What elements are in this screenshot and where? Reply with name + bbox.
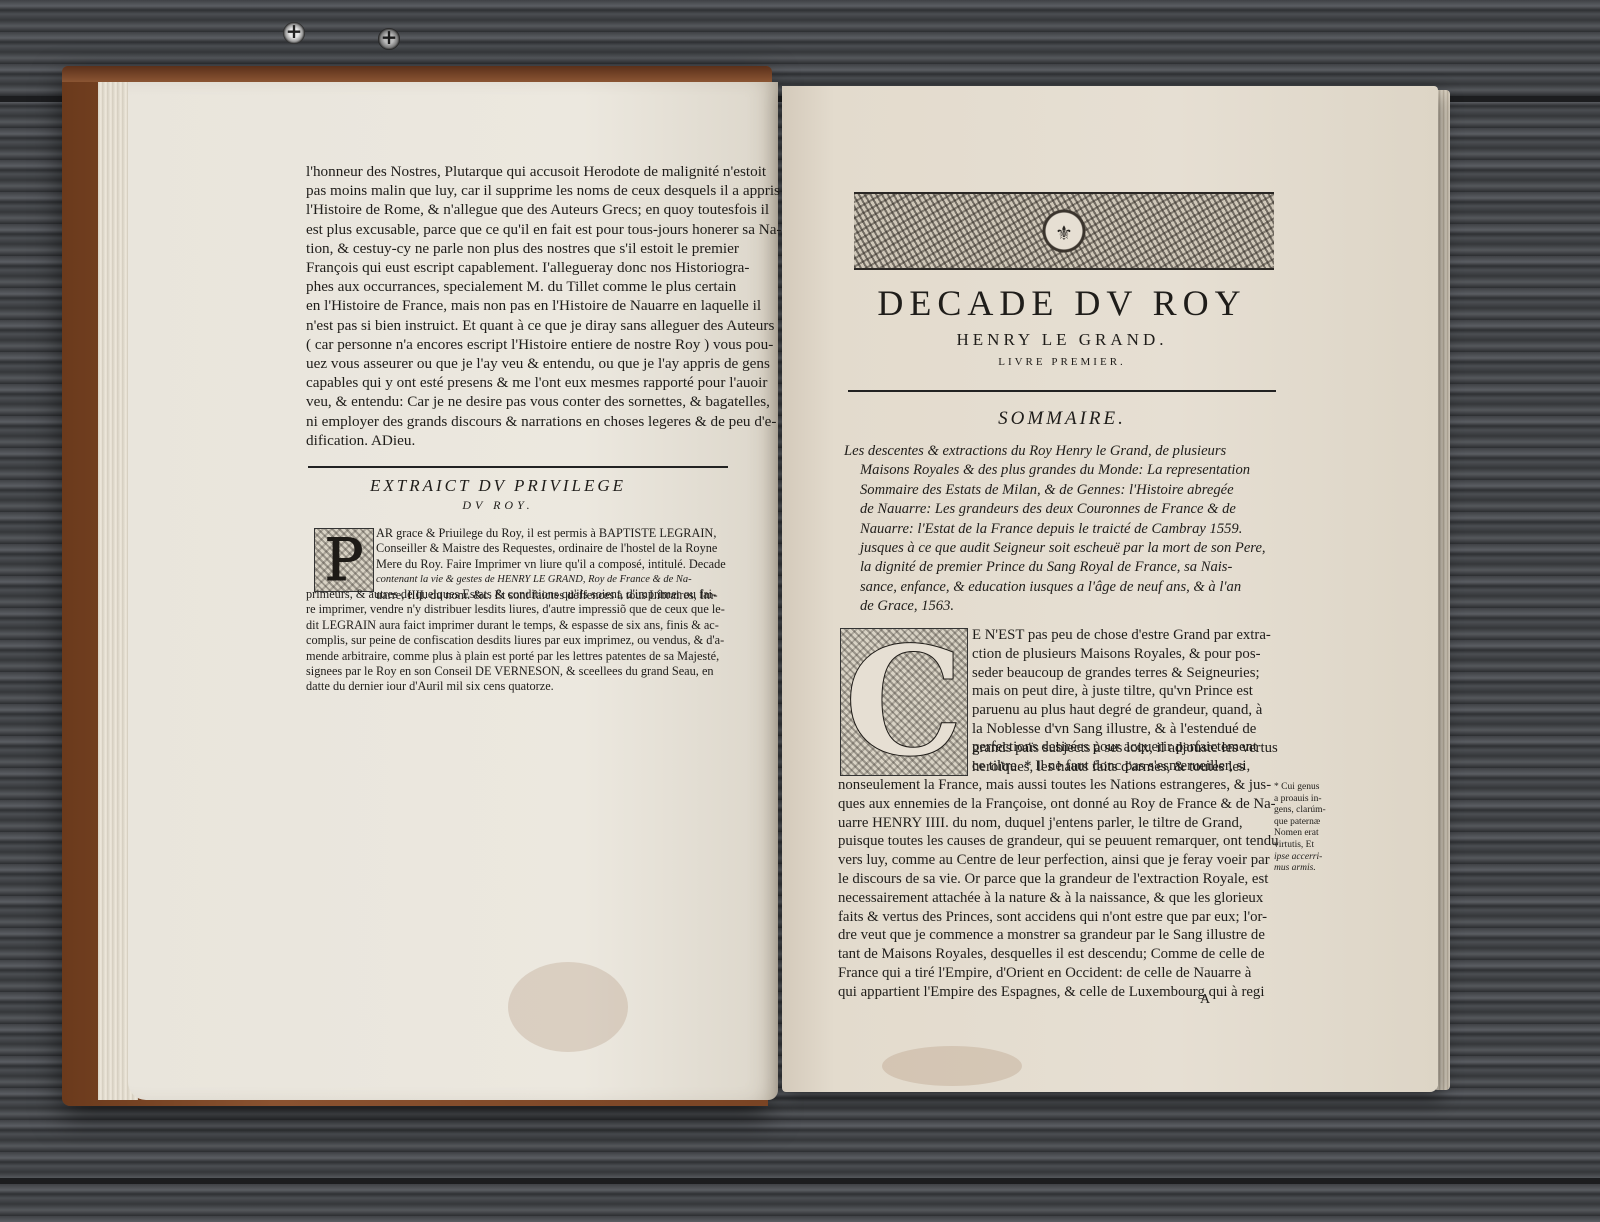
- text-line: France qui a tiré l'Empire, d'Orient en …: [838, 964, 1270, 983]
- text-line: contenant la vie & gestes de HENRY LE GR…: [376, 572, 756, 587]
- text-line: Mere du Roy. Faire Imprimer vn liure qu'…: [376, 557, 756, 572]
- text-line: AR grace & Priuilege du Roy, il est perm…: [376, 526, 756, 541]
- text-line: Nomen erat: [1274, 828, 1342, 840]
- text-line: pas moins malin que luy, car il supprime…: [306, 181, 746, 200]
- text-line: gens, clarúm-: [1274, 805, 1342, 817]
- text-line: primeurs, & autres de quelques Estats & …: [306, 587, 746, 602]
- text-line: est plus excusable, parce que ce qu'il e…: [306, 220, 746, 239]
- text-line: Maisons Royales & des plus grandes du Mo…: [844, 461, 1274, 480]
- privilege-subtitle: DV ROY.: [278, 498, 718, 513]
- text-line: que paternæ: [1274, 817, 1342, 829]
- section-rule: [308, 466, 728, 468]
- text-line: perfections desirées pour acquerir parfa…: [972, 738, 1272, 757]
- drop-cap-c-icon: C: [840, 628, 968, 776]
- text-line: le discours de sa vie. Or parce que la g…: [838, 870, 1270, 889]
- deck-screw-icon: [283, 22, 305, 44]
- text-line: uez vous asseurer ou que je l'ay veu & e…: [306, 354, 746, 373]
- sommaire-text: Les descentes & extractions du Roy Henry…: [844, 442, 1274, 617]
- text-line: l'honneur des Nostres, Plutarque qui acc…: [306, 162, 746, 181]
- text-line: dit LEGRAIN aura faict imprimer durant l…: [306, 618, 746, 633]
- text-line: jusques à ce que audit Seigneur soit esc…: [844, 539, 1274, 558]
- sommaire-title: SOMMAIRE.: [842, 408, 1282, 430]
- text-line: E N'EST pas peu de chose d'estre Grand p…: [972, 626, 1272, 645]
- text-line: Sommaire des Estats de Milan, & de Genne…: [844, 481, 1274, 500]
- text-line: signees par le Roy en son Conseil DE VER…: [306, 664, 746, 679]
- text-line: Conseiller & Maistre des Requestes, ordi…: [376, 541, 756, 556]
- text-line: la Noblesse d'vn Sang illustre, & à l'es…: [972, 720, 1272, 739]
- book-subtitle: HENRY LE GRAND.: [842, 330, 1282, 350]
- title-rule: [848, 390, 1276, 392]
- woodcut-headpiece: ⚜: [854, 192, 1274, 270]
- text-line: puisque toutes les causes de grandeur, q…: [838, 832, 1270, 851]
- text-line: la dignité de premier Prince du Sang Roy…: [844, 558, 1274, 577]
- text-line: ce tiltre. * Il ne faut donc pas s'esmer…: [972, 757, 1272, 776]
- drop-cap-p-icon: P: [314, 528, 374, 592]
- text-line: nonseulement la France, mais aussi toute…: [838, 776, 1270, 795]
- text-line: ques aux ennemies de la Françoise, ont d…: [838, 795, 1270, 814]
- book-title: DECADE DV ROY: [842, 282, 1282, 324]
- text-line: l'Histoire de Rome, & n'allegue que des …: [306, 200, 746, 219]
- text-line: mais on peut dire, à juste tiltre, qu'vn…: [972, 682, 1272, 701]
- fleur-de-lis-crest-icon: ⚜: [1046, 215, 1082, 251]
- right-page: ⚜ DECADE DV ROY HENRY LE GRAND. LIVRE PR…: [782, 86, 1438, 1092]
- text-line: capables qui y ont esté presens & me l'o…: [306, 373, 746, 392]
- text-line: Nauarre: l'Estat de la France depuis le …: [844, 520, 1274, 539]
- text-line: paruenu au plus haut degré de grandeur, …: [972, 701, 1272, 720]
- privilege-text-body: primeurs, & autres de quelques Estats & …: [306, 587, 746, 695]
- text-line: datte du dernier iour d'Auril mil six ce…: [306, 679, 746, 694]
- text-line: a proauis in-: [1274, 794, 1342, 806]
- text-line: Les descentes & extractions du Roy Henry…: [844, 442, 1274, 461]
- signature-mark: A: [1200, 992, 1210, 1008]
- text-line: complis, sur peine de confiscation desdi…: [306, 633, 746, 648]
- text-line: ipse accerri-: [1274, 852, 1342, 864]
- preface-text: l'honneur des Nostres, Plutarque qui acc…: [306, 162, 746, 450]
- paper-stain: [882, 1046, 1022, 1086]
- text-line: re imprimer, vendre n'y distribuer lesdi…: [306, 602, 746, 617]
- chapter-text-main: nonseulement la France, mais aussi toute…: [838, 776, 1270, 1002]
- text-line: tion, & cestuy-cy ne parle non plus des …: [306, 239, 746, 258]
- text-line: François qui eust escript capablement. I…: [306, 258, 746, 277]
- text-line: uarre HENRY IIII. du nom, duquel j'enten…: [838, 814, 1270, 833]
- text-line: vers luy, comme au Centre de leur perfec…: [838, 851, 1270, 870]
- text-line: seder beaucoup de grandes terres & Seign…: [972, 664, 1272, 683]
- paper-stain: [508, 962, 628, 1052]
- text-line: ction de plusieurs Maisons Royales, & po…: [972, 645, 1272, 664]
- left-page: l'honneur des Nostres, Plutarque qui acc…: [128, 82, 778, 1100]
- text-line: de Nauarre: Les grandeurs des deux Couro…: [844, 500, 1274, 519]
- privilege-title: EXTRAICT DV PRIVILEGE: [278, 476, 718, 496]
- text-line: tant de Maisons Royales, desquelles il e…: [838, 945, 1270, 964]
- deck-gap-2: [0, 1178, 1600, 1184]
- text-line: en l'Histoire de France, mais non pas en…: [306, 296, 746, 315]
- text-line: veu, & entendu: Car je ne desire pas vou…: [306, 392, 746, 411]
- text-line: * Cui genus: [1274, 782, 1342, 794]
- marginal-note: * Cui genus a proauis in- gens, clarúm- …: [1274, 782, 1342, 875]
- text-line: sance, enfance, & education iusques a l'…: [844, 578, 1274, 597]
- text-line: faits & vertus des Princes, sont acciden…: [838, 908, 1270, 927]
- text-line: phes aux occurrances, specialement M. du…: [306, 277, 746, 296]
- text-line: necessairement attachée à la nature & à …: [838, 889, 1270, 908]
- text-line: ( car personne n'a encores escript l'His…: [306, 335, 746, 354]
- text-line: mende arbitraire, comme plus à plain est…: [306, 649, 746, 664]
- text-line: ni employer des grands discours & narrat…: [306, 412, 746, 431]
- text-line: dre veut que je commence a monstrer sa g…: [838, 926, 1270, 945]
- text-line: n'est pas si bien instruict. Et quant à …: [306, 316, 746, 335]
- deck-screw-icon: [378, 28, 400, 50]
- chapter-text-mid: perfections desirées pour acquerir parfa…: [972, 738, 1272, 776]
- text-line: mus armis.: [1274, 863, 1342, 875]
- page-edge-right: [1436, 90, 1450, 1090]
- text-line: dification. ADieu.: [306, 431, 746, 450]
- book-cover-edge: [62, 66, 772, 82]
- text-line: virtutis, Et: [1274, 840, 1342, 852]
- book-label: LIVRE PREMIER.: [842, 356, 1282, 368]
